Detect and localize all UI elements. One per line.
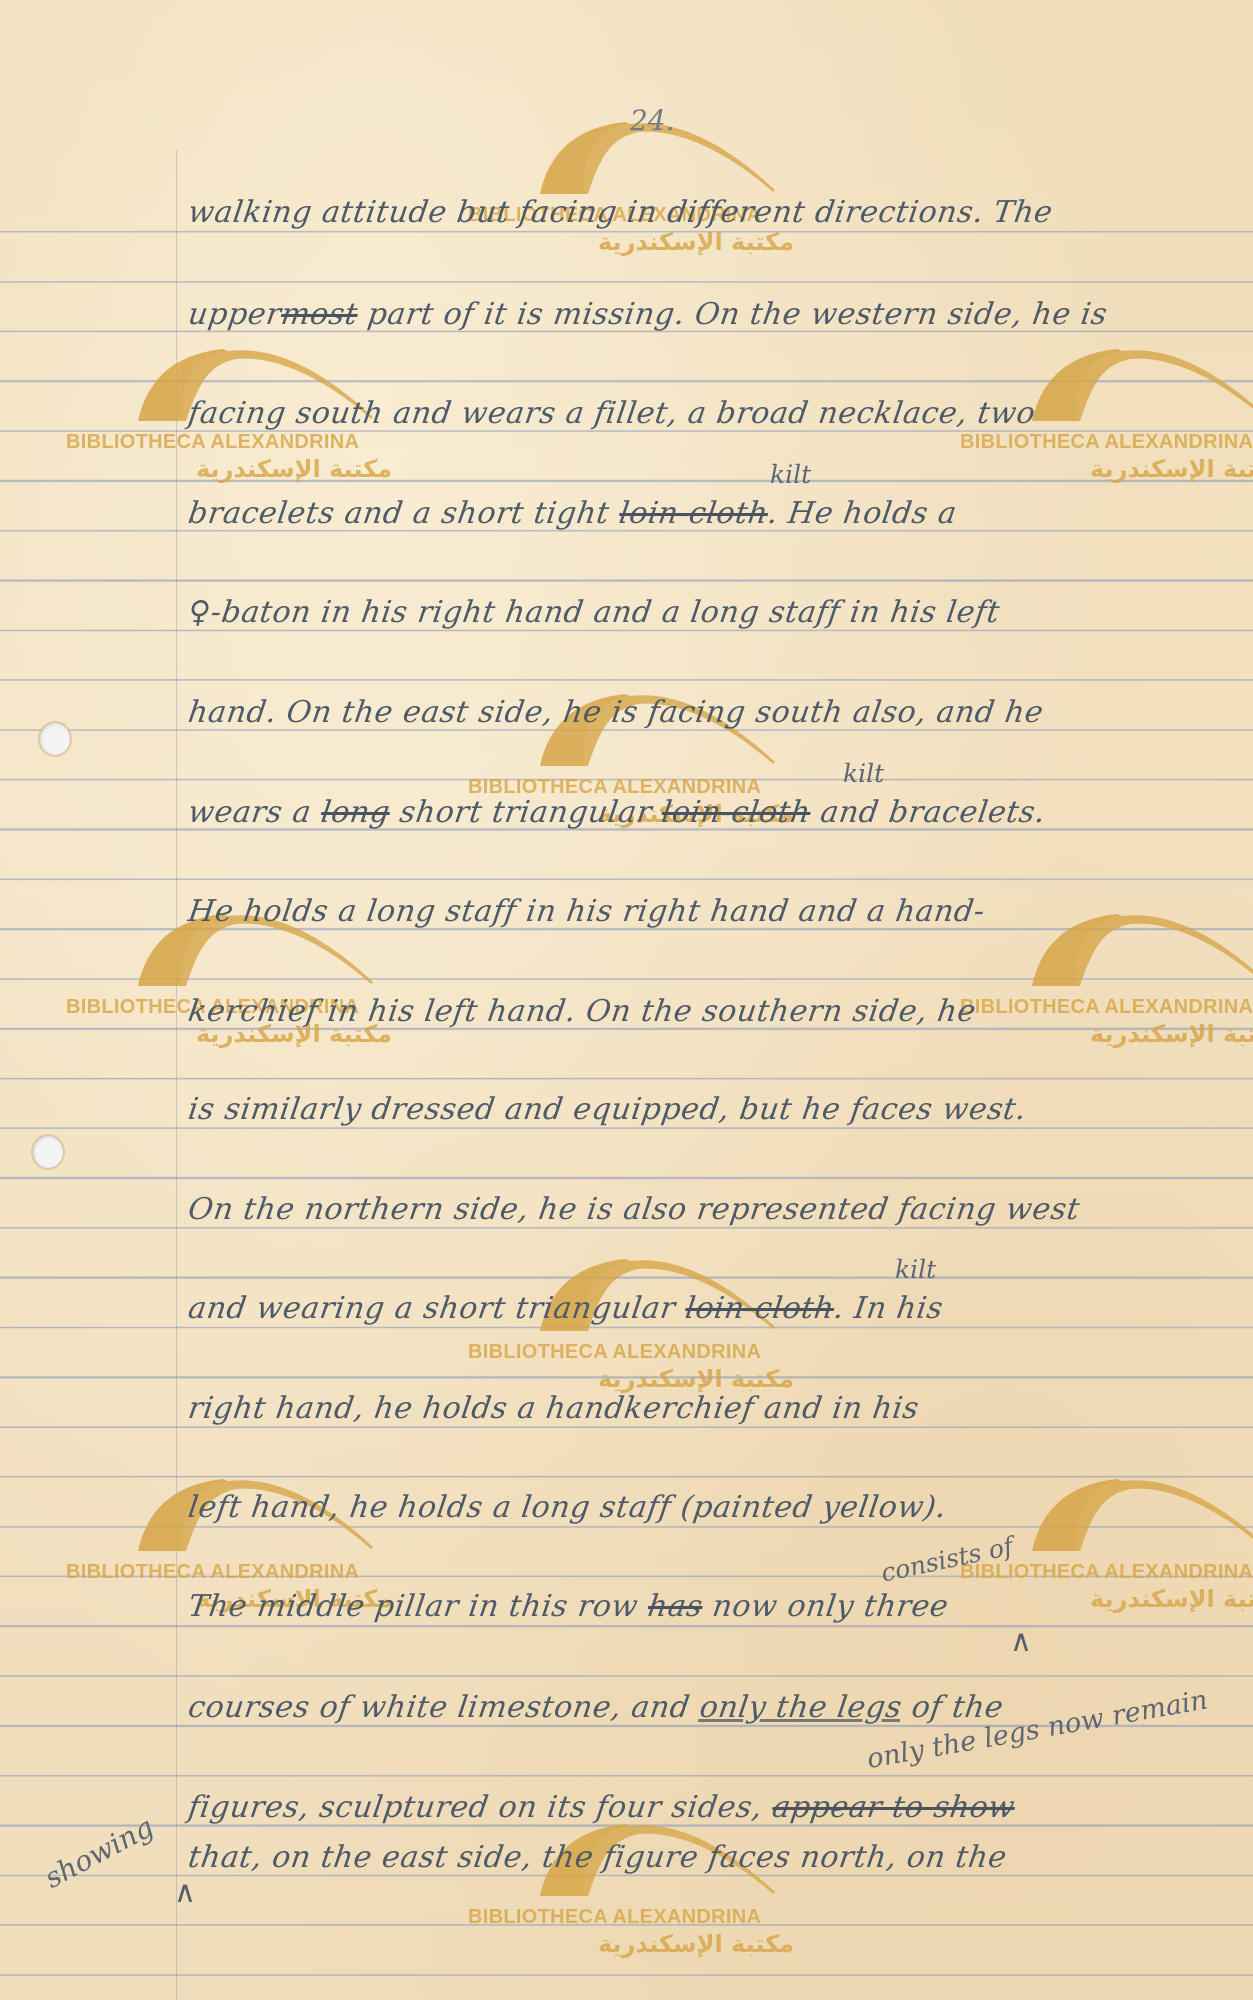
text-line: wears a long short triangular loin-cloth… (186, 795, 1048, 830)
text-line: is similarly dressed and equipped, but h… (186, 1092, 1029, 1127)
struck-text: appear to show (770, 1790, 1017, 1825)
text-line: figures, sculptured on its four sides, a… (186, 1790, 1017, 1825)
interlinear-correction: kilt (770, 460, 811, 489)
text-segment: facing south and wears a fillet, a broad… (186, 396, 1038, 431)
text-segment: bracelets and a short tight (186, 496, 622, 531)
text-segment: left hand, he holds a long staff (painte… (186, 1490, 949, 1525)
text-line: left hand, he holds a long staff (painte… (186, 1490, 949, 1525)
text-segment: He holds a long staff in his right hand … (186, 894, 987, 929)
text-segment: of the (899, 1690, 1005, 1725)
interlinear-correction: kilt (895, 1255, 936, 1284)
text-line: ♀-baton in his right hand and a long sta… (186, 595, 1002, 630)
text-segment: walking attitude but facing in different… (186, 195, 1055, 230)
text-line: courses of white limestone, and only the… (186, 1690, 1006, 1725)
text-segment: right hand, he holds a handkerchief and … (186, 1391, 921, 1426)
struck-text: most (279, 297, 360, 332)
text-segment: and wearing a short triangular (186, 1291, 688, 1326)
text-line: uppermost part of it is missing. On the … (186, 297, 1110, 332)
interlinear-correction: kilt (843, 759, 884, 788)
struck-text: loin-cloth (683, 1291, 836, 1326)
text-line: walking attitude but facing in different… (186, 195, 1055, 230)
text-line: that, on the east side, the figure faces… (186, 1840, 1009, 1875)
text-line: hand. On the east side, he is facing sou… (186, 695, 1046, 730)
text-line: facing south and wears a fillet, a broad… (186, 396, 1038, 431)
struck-text: has (646, 1589, 705, 1624)
text-line: and wearing a short triangular loin-clot… (186, 1291, 945, 1326)
text-segment: part of it is missing. On the western si… (355, 297, 1109, 332)
page-number: 24. (630, 104, 675, 137)
punch-hole (40, 723, 70, 755)
text-segment: and bracelets. (808, 795, 1048, 830)
text-segment: wears a (186, 795, 324, 830)
text-line: The middle pillar in this row has now on… (186, 1589, 951, 1624)
text-segment: now only three (700, 1589, 951, 1624)
text-line: bracelets and a short tight loin-cloth. … (186, 496, 959, 531)
punch-hole (33, 1136, 63, 1168)
text-segment: The middle pillar in this row (186, 1589, 651, 1624)
insertion-caret: ∧ (174, 1878, 196, 1908)
text-segment: On the northern side, he is also represe… (186, 1192, 1082, 1227)
underlined-text: only the legs (697, 1690, 904, 1725)
insertion-caret: ∧ (1010, 1627, 1032, 1657)
text-segment: upper (186, 297, 284, 332)
text-segment: courses of white limestone, and (186, 1690, 702, 1725)
text-segment: . He holds a (766, 496, 960, 531)
text-segment: ♀-baton in his right hand and a long sta… (186, 595, 1002, 630)
text-segment: figures, sculptured on its four sides, (186, 1790, 775, 1825)
struck-text: loin-cloth (617, 496, 770, 531)
text-line: kerchief in his left hand. On the southe… (186, 994, 978, 1029)
struck-text: long (319, 795, 393, 830)
text-line: right hand, he holds a handkerchief and … (186, 1391, 921, 1426)
text-line: He holds a long staff in his right hand … (186, 894, 987, 929)
margin-rule (176, 150, 177, 2000)
text-line: On the northern side, he is also represe… (186, 1192, 1082, 1227)
text-segment: is similarly dressed and equipped, but h… (186, 1092, 1029, 1127)
struck-text: loin-cloth (660, 795, 813, 830)
text-segment: kerchief in his left hand. On the southe… (186, 994, 978, 1029)
text-segment: short triangular (387, 795, 664, 830)
text-segment: . In his (832, 1291, 946, 1326)
text-segment: that, on the east side, the figure faces… (186, 1840, 1009, 1875)
text-segment: hand. On the east side, he is facing sou… (186, 695, 1046, 730)
